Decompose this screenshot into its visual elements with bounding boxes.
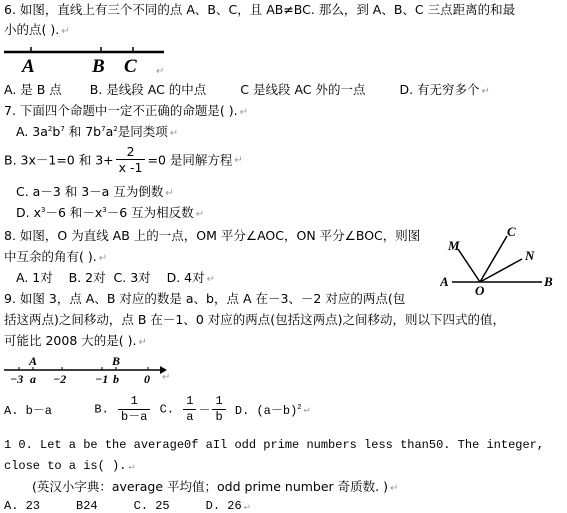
q6-options: A. 是 B 点 B. 是线段 AC 的中点 C 是线段 AC 外的一点 D. …: [4, 82, 490, 100]
q6-option-d: D. 有无穷多个: [399, 82, 479, 97]
q7-stem: 7. 下面四个命题中一定不正确的命题是( ).↵: [4, 103, 248, 121]
return-mark: ↵: [162, 372, 170, 383]
point-label-a: A: [21, 56, 35, 76]
q10-line1: 1 0. Let a be the average0f aIl odd prim…: [4, 437, 567, 453]
q9-line3: 可能比 2008 大的是( ).↵: [4, 333, 147, 351]
tick-neg3: −3: [10, 372, 23, 386]
return-mark: ↵: [156, 66, 164, 77]
point-label-b: B: [91, 56, 105, 76]
tick-b: b: [113, 372, 119, 386]
q6-line-figure: A B C: [0, 42, 170, 76]
fraction: 2x -1: [116, 144, 146, 175]
q6-option-b: B. 是线段 AC 的中点: [90, 82, 207, 97]
q6-option-a: A. 是 B 点: [4, 82, 62, 97]
tick-0: 0: [144, 372, 150, 386]
q9-number-line: A B −3 a −2 −1 b 0: [0, 354, 180, 386]
label-o: O: [475, 283, 485, 297]
tick-neg2: −2: [53, 372, 66, 386]
q10-note: (英汉小字典：average 平均值；odd prime number 奇质数.…: [32, 479, 398, 497]
q9-option-c: C.: [160, 403, 174, 417]
return-mark: ↵: [61, 26, 69, 37]
q8-options: A. 1对 B. 2对 C. 3对 D. 4对↵: [16, 270, 215, 288]
q8-line2: 中互余的角有( ).↵: [4, 249, 107, 267]
tick-a: a: [30, 372, 36, 386]
label-a: A: [440, 274, 449, 289]
q9-option-b: B.: [94, 403, 108, 417]
label-m: M: [447, 238, 460, 253]
q9-option-d: D. (a－b)2: [235, 404, 302, 418]
q8-angle-figure: M C N A O B: [440, 222, 567, 297]
q9-line2: 括这两点)之间移动，点 B 在－1、0 对应的两点(包括这两点)之间移动，则以下…: [4, 312, 505, 328]
q7-option-c: C. a－3 和 3－a 互为倒数↵: [16, 184, 174, 202]
q9-options: A. b－a B. 1b－a C. 1a－1b D. (a－b)2↵: [4, 394, 310, 425]
q6-line2: 小的点( ).↵: [4, 22, 70, 40]
q8-line1: 8. 如图，O 为直线 AB 上的一点，OM 平分∠AOC，ON 平分∠BOC，…: [4, 228, 420, 244]
q9-line1: 9. 如图 3，点 A、B 对应的数是 a、b，点 A 在－3、－2 对应的两点…: [4, 291, 405, 307]
q9-option-a: A. b－a: [4, 404, 52, 418]
q10-options: A. 23 B24 C. 25 D. 26↵: [4, 498, 250, 513]
q6-line1: 6. 如图，直线上有三个不同的点 A、B、C，且 AB≠BC. 那么，到 A、B…: [4, 2, 515, 18]
q7-option-b: B. 3x－1=0 和 3+2x -1=0 是同解方程↵: [4, 144, 243, 175]
label-b: B: [543, 274, 553, 289]
label-c: C: [507, 224, 516, 239]
q6-option-c: C 是线段 AC 外的一点: [240, 82, 365, 97]
q10-line2: close to a is( ).↵: [4, 458, 134, 476]
q7-option-d: D. x3－6 和－x3－6 互为相反数↵: [16, 205, 204, 223]
q7-option-a: A. 3a2b7 和 7b7a2是同类项↵: [16, 124, 178, 142]
point-label-c: C: [124, 56, 137, 76]
tick-neg1: −1: [95, 372, 108, 386]
label-n: N: [524, 248, 535, 263]
label-b: B: [111, 354, 120, 368]
label-a: A: [28, 354, 37, 368]
